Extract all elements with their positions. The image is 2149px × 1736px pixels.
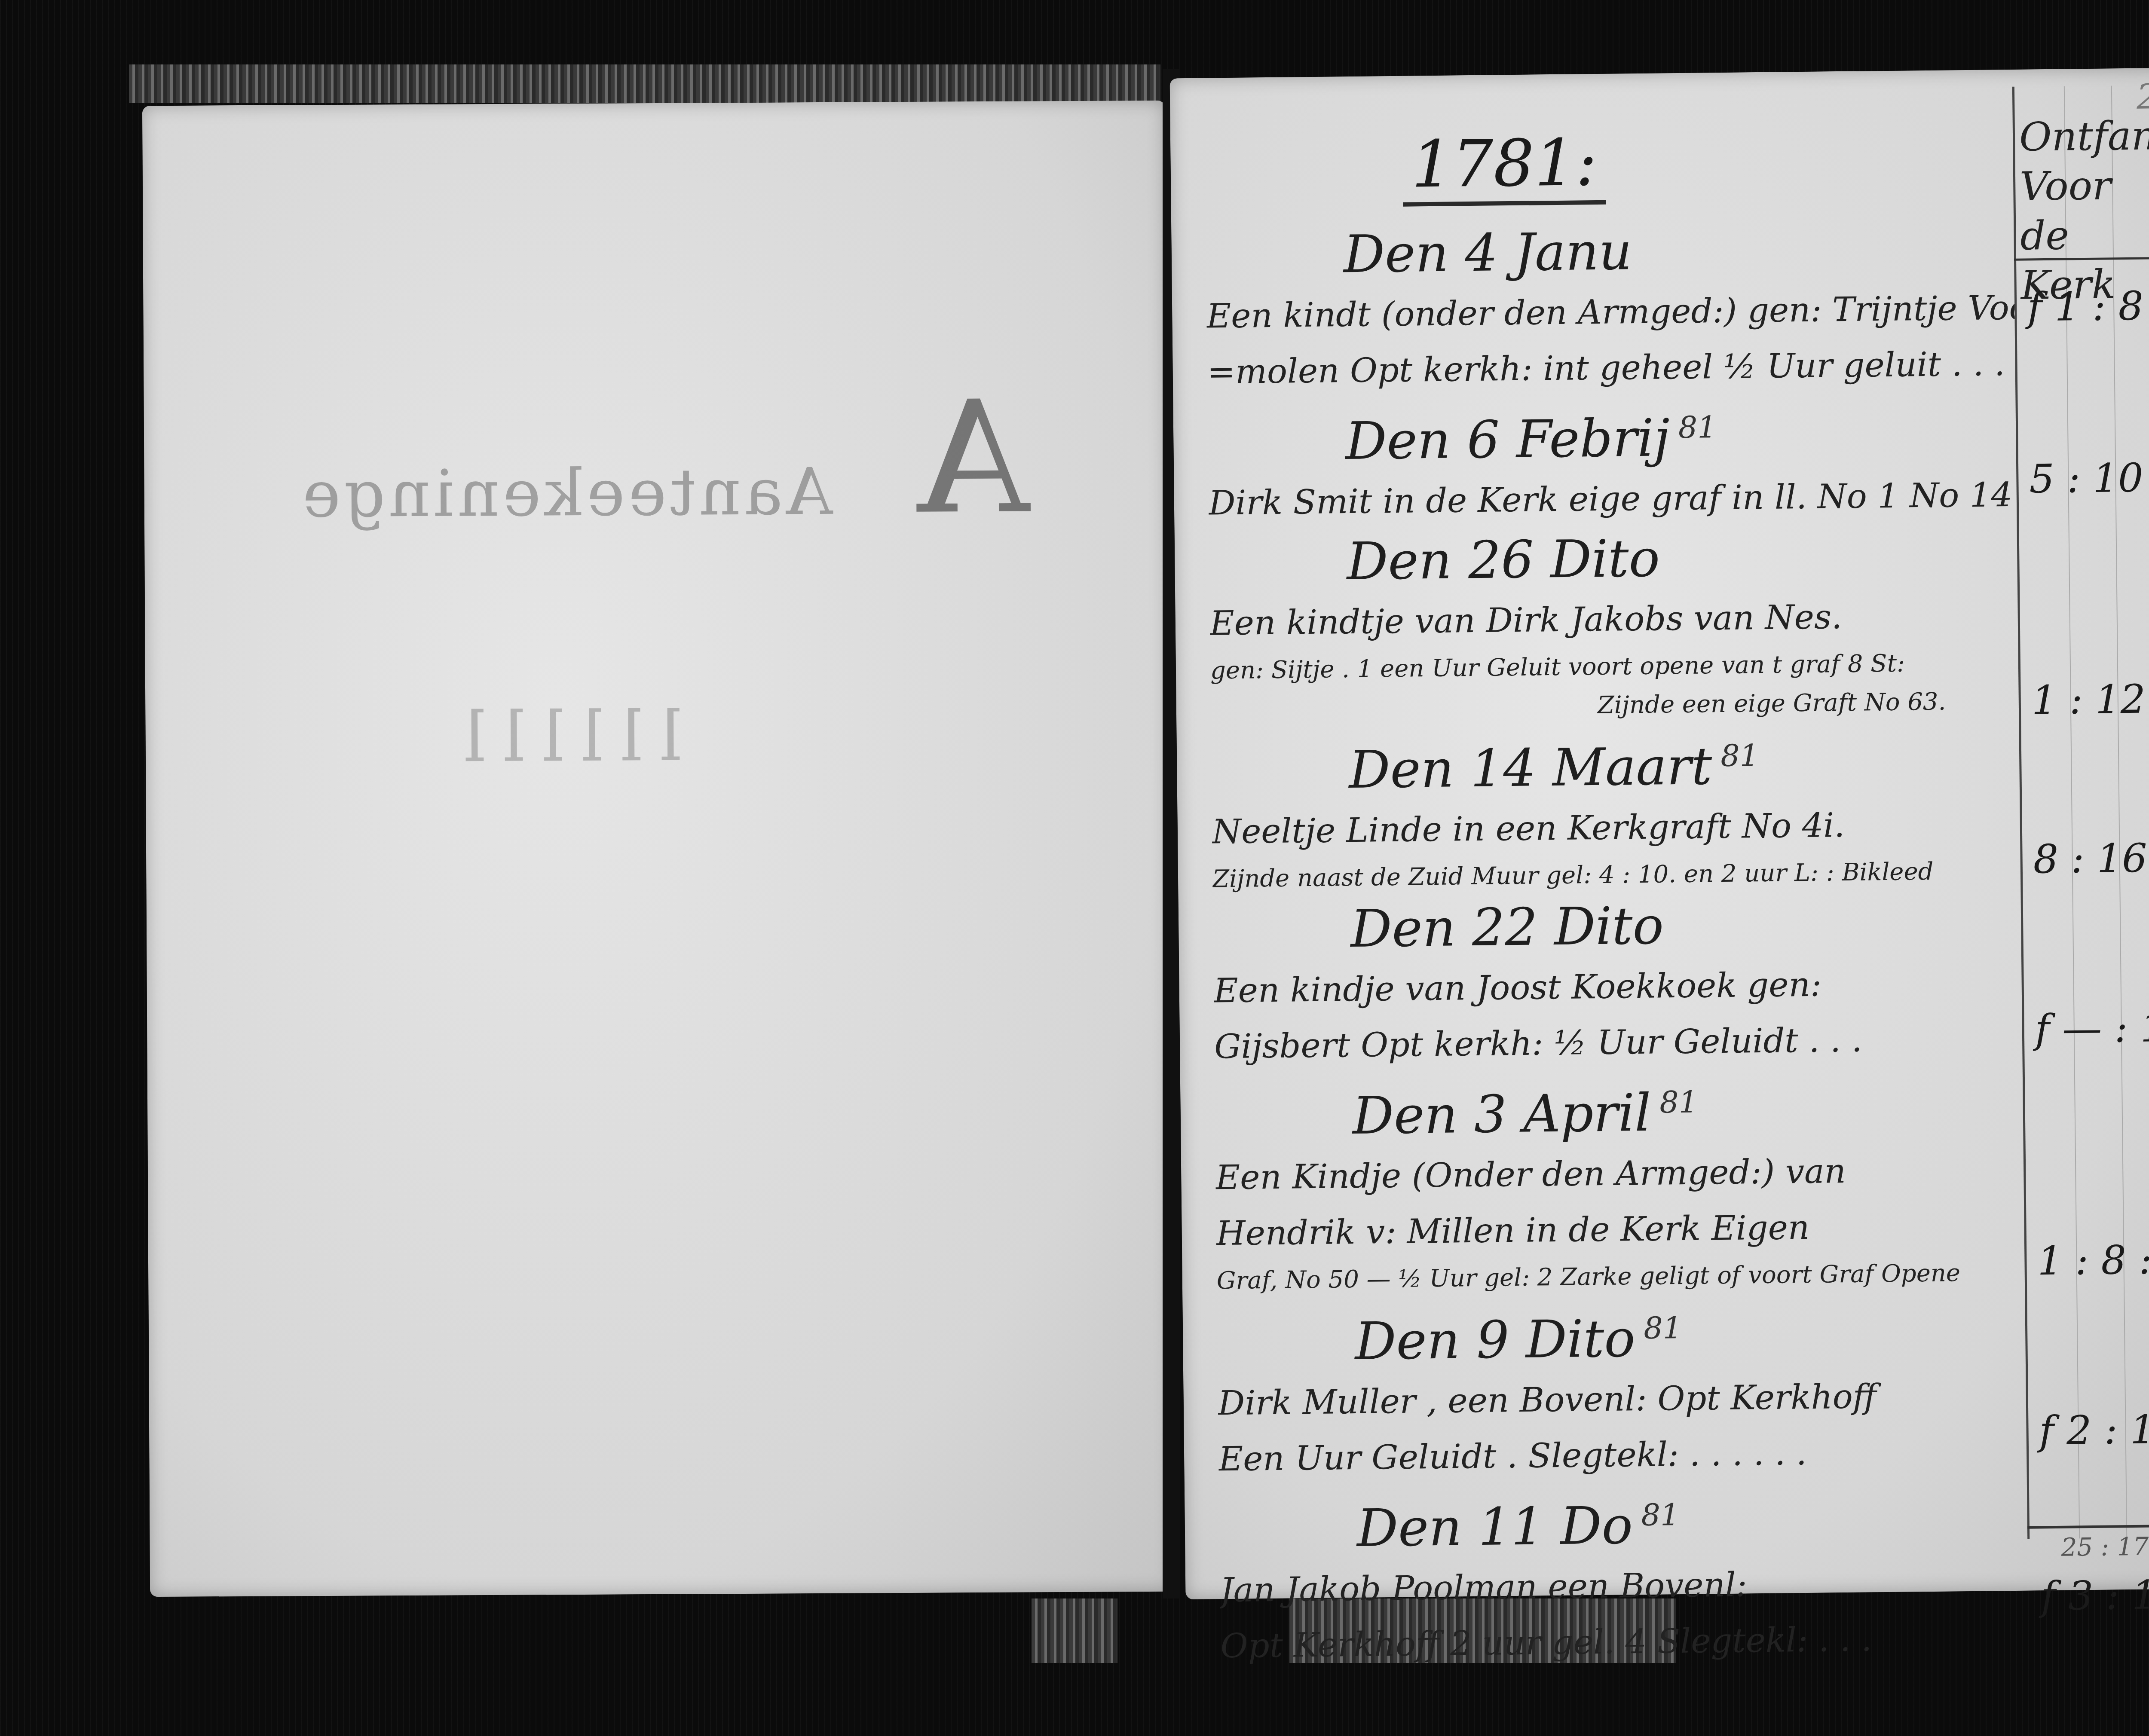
entry-line: Dirk Smit in de Kerk eige graf in ll. No… <box>1208 467 2017 532</box>
ledger-entry: Den 14 Maart81 Neeltje Linde in een Kerk… <box>1211 721 2020 899</box>
entry-amount: f 2 : 12 : — <box>2039 1406 2149 1454</box>
entry-date: Den 9 Dito81 <box>1217 1292 2026 1376</box>
entry-line: Hendrik v: Millen in de Kerk Eigen <box>1216 1198 2024 1262</box>
ledger-entry: Den 6 Febrij81 Dirk Smit in de Kerk eige… <box>1207 392 2017 532</box>
entry-line: Gijsbert Opt kerkh: ½ Uur Geluidt . . . <box>1214 1011 2022 1075</box>
year-heading: 1781: <box>1402 125 1606 207</box>
entry-amount: f 3 : 16 : — <box>2041 1571 2149 1619</box>
left-page: Aanteekeninge A llllll <box>142 101 1173 1597</box>
entry-line: Dirk Muller , een Bovenl: Opt Kerkhoff <box>1218 1367 2026 1432</box>
entry-date: Den 6 Febrij81 <box>1207 392 2016 476</box>
column-header-line: Ontfangst <box>2019 111 2149 162</box>
bleed-through-title: Aanteekeninge <box>299 455 833 532</box>
ledger-entry: Den 9 Dito81 Dirk Muller , een Bovenl: O… <box>1217 1292 2027 1488</box>
entry-amount: f — : 16 : — <box>2035 1004 2149 1052</box>
binding-strip-top-left <box>129 64 1160 103</box>
amount-column-header: Ontfangst Voor de Kerk <box>2019 111 2149 310</box>
entry-line: Een Uur Geluidt . Slegtekl: . . . . . . <box>1218 1423 2027 1488</box>
ledger-entry: Den 3 April81 Een Kindje (Onder den Armg… <box>1215 1067 2025 1301</box>
entry-line: Jan Jakob Poolman een Bovenl: <box>1220 1554 2028 1619</box>
entry-date: Den 4 Janu <box>1206 216 2014 289</box>
ledger-entry: Den 26 Dito Een kindtje van Dirk Jakobs … <box>1209 523 2019 729</box>
entry-amount: 1 : 12 : — <box>2031 675 2149 723</box>
entry-amount: 5 : 10 : — <box>2029 454 2149 502</box>
entry-date: Den 14 Maart81 <box>1211 721 2020 804</box>
entry-line: Neeltje Linde in een Kerkgraft No 4i. <box>1212 796 2020 860</box>
entry-line: Een kindtje van Dirk Jakobs van Nes. <box>1209 587 2018 652</box>
entry-line: Een kindt (onder den Armged:) gen: Trijn… <box>1206 280 2015 345</box>
bleed-through-marks: llllll <box>446 696 682 778</box>
right-page: 2 Ontfangst Voor de Kerk 1781: Den 4 Jan… <box>1170 68 2149 1599</box>
binding-strip-bottom-left <box>1032 1598 1117 1663</box>
entry-amount: 1 : 8 : — <box>2037 1236 2149 1284</box>
entry-amount: f 1 : 8 : — <box>2027 282 2149 330</box>
entry-line: Een Kindje (Onder den Armged:) van <box>1215 1142 2024 1206</box>
entry-date: Den 3 April81 <box>1215 1067 2023 1150</box>
column-header-line: Voor de <box>2020 160 2149 261</box>
ledger-entry: Den 4 Janu Een kindt (onder den Armged:)… <box>1206 216 2015 400</box>
burial-ledger: Den 4 Janu Een kindt (onder den Armged:)… <box>1206 216 2029 1675</box>
entry-date: Den 26 Dito <box>1209 523 2017 596</box>
bleed-through-initial: A <box>917 367 1030 548</box>
entry-date: Den 22 Dito <box>1213 890 2021 963</box>
entry-amount: 8 : 16 : — <box>2033 834 2149 882</box>
page-total: 25 : 17 <box>2027 1525 2149 1562</box>
ledger-entry: Den 11 Do81 Jan Jakob Poolman een Bovenl… <box>1219 1479 2029 1675</box>
entry-date: Den 11 Do81 <box>1219 1479 2028 1563</box>
entry-line: Opt Kerkhoff 2 uur gel. 4 Slegtekl: . . … <box>1220 1610 2029 1675</box>
entry-line: Een kindje van Joost Koekkoek gen: <box>1213 955 2022 1019</box>
ledger-entry: Den 22 Dito Een kindje van Joost Koekkoe… <box>1213 890 2023 1075</box>
entry-line: =molen Opt kerkh: int geheel ½ Uur gelui… <box>1207 336 2015 400</box>
